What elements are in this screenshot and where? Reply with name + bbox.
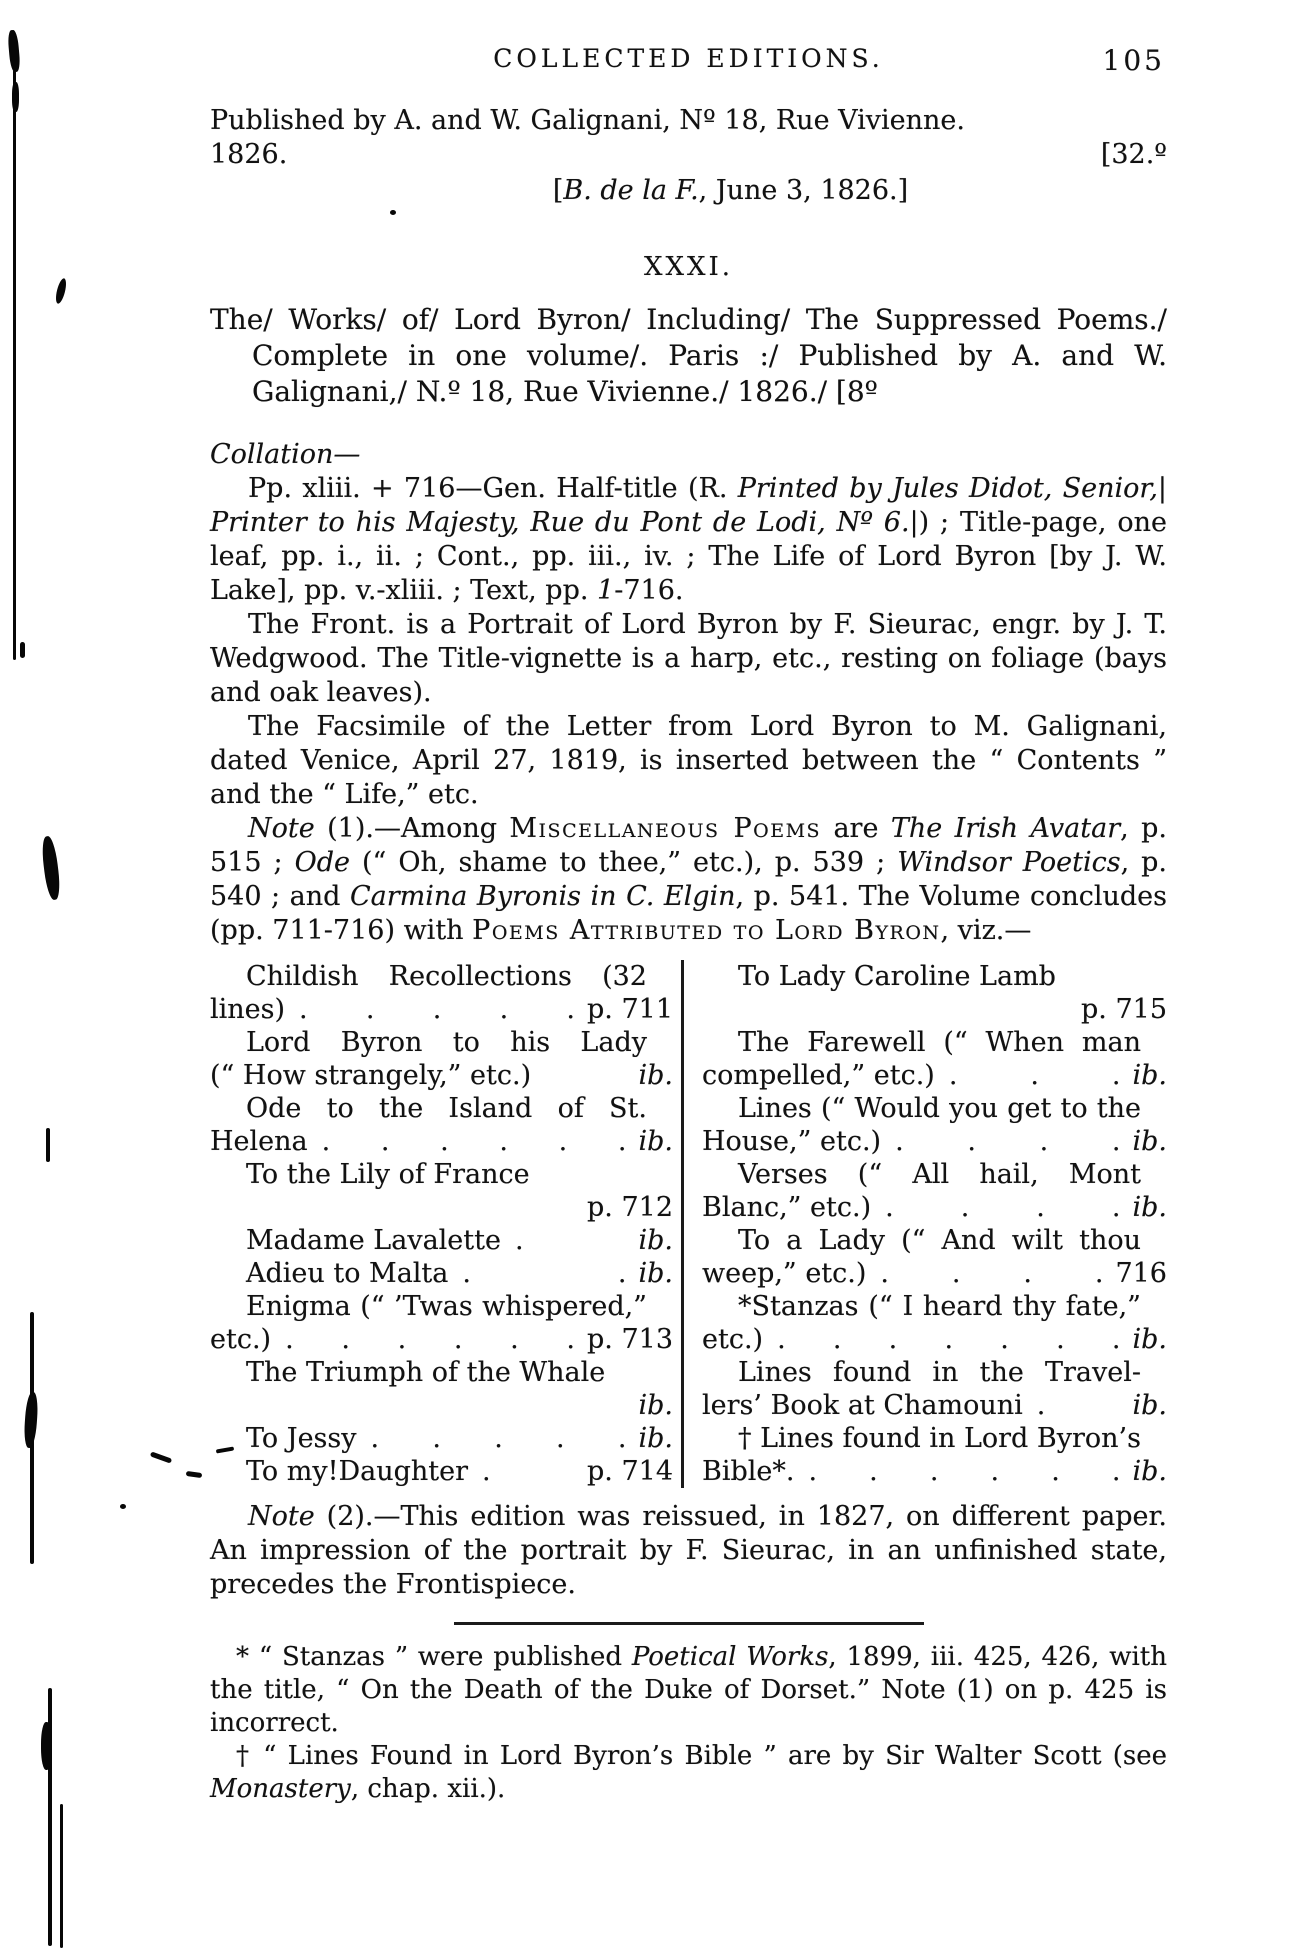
text-segment: (2).—This edition was reissued, in 1827,… <box>210 1501 1167 1600</box>
poem-title: Lord Byron to his Lady <box>246 1027 647 1058</box>
text-segment: -716. <box>614 575 683 606</box>
page-number: 105 <box>1103 44 1165 77</box>
dot-leader <box>1141 1422 1167 1455</box>
poem-list-line: (“ How strangely,” etc.)ib. <box>210 1059 673 1092</box>
text-segment: Note <box>248 813 315 844</box>
scan-artifact <box>20 642 25 658</box>
text-segment: Monastery <box>210 1774 351 1804</box>
text-segment: The Irish Avatar <box>891 813 1120 844</box>
dot-leader <box>605 1356 673 1389</box>
poem-list-line: To Lady Caroline Lamb <box>702 960 1167 993</box>
poem-list-line: Childish Recollections (32 <box>210 960 673 993</box>
poem-list-line: To a Lady (“ And wilt thou <box>702 1224 1167 1257</box>
text-segment: Poems Attributed to Lord Byron <box>472 915 940 946</box>
running-head-title: COLLECTED EDITIONS. <box>210 44 1167 73</box>
dot-leader <box>647 1093 673 1124</box>
note1-paragraph: Note (1).—Among Miscellaneous Poems are … <box>210 812 1167 948</box>
page-ref: p. 713 <box>587 1323 673 1356</box>
scan-artifact <box>186 1471 203 1478</box>
scan-artifact <box>41 1722 52 1770</box>
poem-title: † Lines found in Lord Byron’s <box>738 1422 1141 1455</box>
text-segment: Pp. xliii. + 716—Gen. Half-title (R. <box>248 473 738 504</box>
poem-list-line: To my!Daughter.p. 714 <box>210 1455 673 1488</box>
dot-leader <box>531 1059 638 1092</box>
text-segment: Windsor Poetics <box>897 847 1120 878</box>
imprint-line1: Published by A. and W. Galignani, Nº 18,… <box>210 104 1167 138</box>
poem-list-line: Ode to the Island of St. <box>210 1092 673 1125</box>
poem-title: To my!Daughter <box>246 1455 468 1488</box>
poem-title: Blanc,” etc.) <box>702 1191 871 1224</box>
text-segment: Ode <box>295 847 350 878</box>
poem-list-line: Lines found in the Travel- <box>702 1356 1167 1389</box>
dot-leader <box>530 1158 673 1191</box>
page-ref: ib. <box>1132 1389 1167 1422</box>
poem-title: (“ How strangely,” etc.) <box>210 1059 531 1092</box>
page-ref: ib. <box>1132 1059 1167 1092</box>
poem-list-line: lers’ Book at Chamouni.ib. <box>702 1389 1167 1422</box>
scan-artifact <box>7 30 21 73</box>
text-segment: Poetical Works <box>632 1642 829 1672</box>
text-segment: are <box>821 813 891 844</box>
poem-title: Childish Recollections (32 <box>246 961 647 992</box>
note2-paragraph: Note (2).—This edition was reissued, in … <box>210 1500 1167 1602</box>
poem-title: To Lady Caroline Lamb <box>738 960 1056 993</box>
dot-leader: . <box>1023 1389 1133 1422</box>
dot-leader <box>210 1191 587 1224</box>
poem-list-line: Verses (“ All hail, Mont <box>702 1158 1167 1191</box>
poem-list-line: weep,” etc.). . . .716 <box>702 1257 1167 1290</box>
text-segment: The Facsimile of the Letter from Lord By… <box>210 711 1167 810</box>
page-ref: ib. <box>638 1257 673 1290</box>
poem-list-line: To the Lily of France <box>210 1158 673 1191</box>
dot-leader <box>1056 960 1167 993</box>
poem-list-line: The Farewell (“ When man <box>702 1026 1167 1059</box>
poem-list-line: ib. <box>210 1389 673 1422</box>
page-ref: 716 <box>1115 1257 1167 1290</box>
footnote-bible: † “ Lines Found in Lord Byron’s Bible ” … <box>210 1740 1167 1806</box>
footnote-stanzas: * “ Stanzas ” were published Poetical Wo… <box>210 1641 1167 1740</box>
poem-list-line: The Triumph of the Whale <box>210 1356 673 1389</box>
poem-title: The Triumph of the Whale <box>246 1356 605 1389</box>
text-segment: † “ Lines Found in Lord Byron’s Bible ” … <box>236 1741 1167 1771</box>
dot-leader <box>647 1027 673 1058</box>
imprint-attribution: [B. de la F., June 3, 1826.] <box>252 172 1209 210</box>
text-segment: (1).—Among <box>315 813 510 844</box>
poem-title: To Jessy <box>246 1422 357 1455</box>
text-segment: (“ Oh, shame to thee,” etc.), p. 539 ; <box>350 847 897 878</box>
page-ref: p. 714 <box>587 1455 673 1488</box>
dot-leader <box>1141 1027 1167 1058</box>
text-segment: , viz.— <box>941 915 1032 946</box>
poem-list-line: Bible*.. . . . . .ib. <box>702 1455 1167 1488</box>
scan-artifact <box>150 1451 172 1463</box>
poem-title: Lines (“ Would you get to the <box>738 1093 1141 1124</box>
page-ref: p. 712 <box>587 1191 673 1224</box>
page-ref: ib. <box>1132 1323 1167 1356</box>
poem-title: lines) <box>210 993 285 1026</box>
poem-title: etc.) <box>702 1323 763 1356</box>
poem-list-line: † Lines found in Lord Byron’s <box>702 1422 1167 1455</box>
poem-title: Enigma (“ ’Twas whispered,” <box>246 1291 647 1322</box>
poem-title: Lines found in the Travel- <box>738 1357 1141 1388</box>
page-ref: ib. <box>638 1059 673 1092</box>
poem-list-line: To Jessy. . . . .ib. <box>210 1422 673 1455</box>
poem-title: To a Lady (“ And wilt thou <box>738 1225 1141 1256</box>
dot-leader <box>1141 1159 1167 1190</box>
text-segment: Miscellaneous Poems <box>509 813 821 844</box>
dot-leader: . <box>468 1455 587 1488</box>
dot-leader <box>647 1291 673 1322</box>
poem-list-line: Blanc,” etc.). . . .ib. <box>702 1191 1167 1224</box>
frontispiece-paragraph: The Front. is a Portrait of Lord Byron b… <box>210 608 1167 710</box>
text-segment: The Front. is a Portrait of Lord Byron b… <box>210 609 1167 708</box>
title-segment: The/ Works/ of/ Lord Byron/ Including/ T… <box>210 303 1167 408</box>
text-segment: Note <box>248 1501 315 1532</box>
page-ref: ib. <box>638 1422 673 1455</box>
scan-artifact <box>120 1504 126 1509</box>
entry-number: XXXI. <box>210 250 1167 284</box>
poem-list-column-right: To Lady Caroline Lamb p. 715 The Farewel… <box>684 960 1167 1488</box>
poem-title: Helena <box>210 1125 308 1158</box>
poem-list-line: Enigma (“ ’Twas whispered,” <box>210 1290 673 1323</box>
poem-title: The Farewell (“ When man <box>738 1027 1141 1058</box>
poem-title: To the Lily of France <box>246 1158 530 1191</box>
dot-leader: . . . . <box>871 1191 1132 1224</box>
scan-artifact <box>54 277 68 304</box>
poem-title: Madame Lavalette <box>246 1224 501 1257</box>
attr-rest: , June 3, 1826.] <box>699 175 909 206</box>
dot-leader <box>647 961 673 992</box>
page-ref: ib. <box>1132 1191 1167 1224</box>
dot-leader: . . . . . <box>357 1422 639 1455</box>
scan-artifact <box>60 1804 63 1948</box>
dot-leader: . <box>501 1224 639 1257</box>
imprint-format: [32.º <box>1101 138 1167 172</box>
footnote-rule <box>454 1622 924 1625</box>
poem-list-line: etc.). . . . . .p. 713 <box>210 1323 673 1356</box>
dot-leader <box>1141 1291 1167 1322</box>
page-ref: p. 715 <box>1081 993 1167 1026</box>
page-ref: ib. <box>638 1224 673 1257</box>
dot-leader <box>1141 1357 1167 1388</box>
text-segment: , chap. xii.). <box>351 1774 505 1804</box>
poem-list-line: Lord Byron to his Lady <box>210 1026 673 1059</box>
poem-list-line: *Stanzas (“ I heard thy fate,” <box>702 1290 1167 1323</box>
poem-list-line: House,” etc.). . . .ib. <box>702 1125 1167 1158</box>
text-segment: * “ Stanzas ” were published <box>236 1642 632 1672</box>
scanned-book-page: COLLECTED EDITIONS. 105 Published by A. … <box>0 0 1296 1948</box>
poem-title: etc.) <box>210 1323 271 1356</box>
dot-leader: . . . . . . <box>308 1125 639 1158</box>
dot-leader: . . <box>448 1257 638 1290</box>
scan-artifact <box>23 1392 39 1449</box>
page-ref: ib. <box>1132 1125 1167 1158</box>
poem-title: Adieu to Malta <box>246 1257 448 1290</box>
poem-title: House,” etc.) <box>702 1125 881 1158</box>
attr-bracket: [ <box>553 175 564 206</box>
running-head: COLLECTED EDITIONS. 105 <box>210 44 1167 80</box>
poem-title: Verses (“ All hail, Mont <box>738 1159 1141 1190</box>
scan-artifact <box>13 70 16 660</box>
poem-list-line: etc.). . . . . . .ib. <box>702 1323 1167 1356</box>
text-segment: 1 <box>597 575 614 606</box>
dot-leader: . . . . <box>881 1125 1132 1158</box>
page-ref: ib. <box>638 1389 673 1422</box>
imprint-year: 1826. <box>210 138 287 172</box>
poem-list-line: Madame Lavalette.ib. <box>210 1224 673 1257</box>
page-ref: p. 711 <box>587 993 673 1026</box>
page-ref: ib. <box>1132 1455 1167 1488</box>
poem-list-line: lines). . . . .p. 711 <box>210 993 673 1026</box>
poem-title: Bible*. <box>702 1455 794 1488</box>
scan-artifact <box>46 1128 50 1162</box>
poem-title: *Stanzas (“ I heard thy fate,” <box>738 1291 1141 1322</box>
dot-leader: . . . . <box>866 1257 1115 1290</box>
dot-leader: . . . . . . <box>794 1455 1132 1488</box>
attr-name: B. de la F. <box>563 175 698 206</box>
collation-paragraph: Pp. xliii. + 716—Gen. Half-title (R. Pri… <box>210 472 1167 608</box>
poem-list-line: Helena. . . . . .ib. <box>210 1125 673 1158</box>
collation-label: Collation— <box>210 438 1167 472</box>
poem-list-line: compelled,” etc.). . .ib. <box>702 1059 1167 1092</box>
poem-list-line: p. 712 <box>210 1191 673 1224</box>
dot-leader: . . . <box>935 1059 1133 1092</box>
poem-list-line: Lines (“ Would you get to the <box>702 1092 1167 1125</box>
dot-leader: . . . . . . <box>271 1323 587 1356</box>
imprint-line2: 1826. [32.º <box>210 138 1167 172</box>
poem-list: Childish Recollections (32 lines). . . .… <box>210 960 1167 1488</box>
poem-title: compelled,” etc.) <box>702 1059 935 1092</box>
poem-list-line: p. 715 <box>702 993 1167 1026</box>
page-ref: ib. <box>638 1125 673 1158</box>
poem-list-column-left: Childish Recollections (32 lines). . . .… <box>210 960 684 1488</box>
dot-leader <box>1141 1093 1167 1124</box>
dot-leader <box>702 993 1081 1026</box>
text-segment: Carmina Byronis in C. Elgin <box>350 881 736 912</box>
facsimile-paragraph: The Facsimile of the Letter from Lord By… <box>210 710 1167 812</box>
dot-leader: . . . . . <box>285 993 587 1026</box>
dot-leader <box>210 1389 638 1422</box>
text-block: COLLECTED EDITIONS. 105 Published by A. … <box>210 44 1167 1806</box>
dot-leader <box>1141 1225 1167 1256</box>
poem-list-line: Adieu to Malta. .ib. <box>210 1257 673 1290</box>
poem-title: weep,” etc.) <box>702 1257 866 1290</box>
poem-title: Ode to the Island of St. <box>246 1093 647 1124</box>
dot-leader: . . . . . . . <box>763 1323 1132 1356</box>
entry-title: The/ Works/ of/ Lord Byron/ Including/ T… <box>210 302 1167 410</box>
poem-title: lers’ Book at Chamouni <box>702 1389 1023 1422</box>
scan-artifact <box>40 835 62 900</box>
imprint: Published by A. and W. Galignani, Nº 18,… <box>210 104 1167 210</box>
